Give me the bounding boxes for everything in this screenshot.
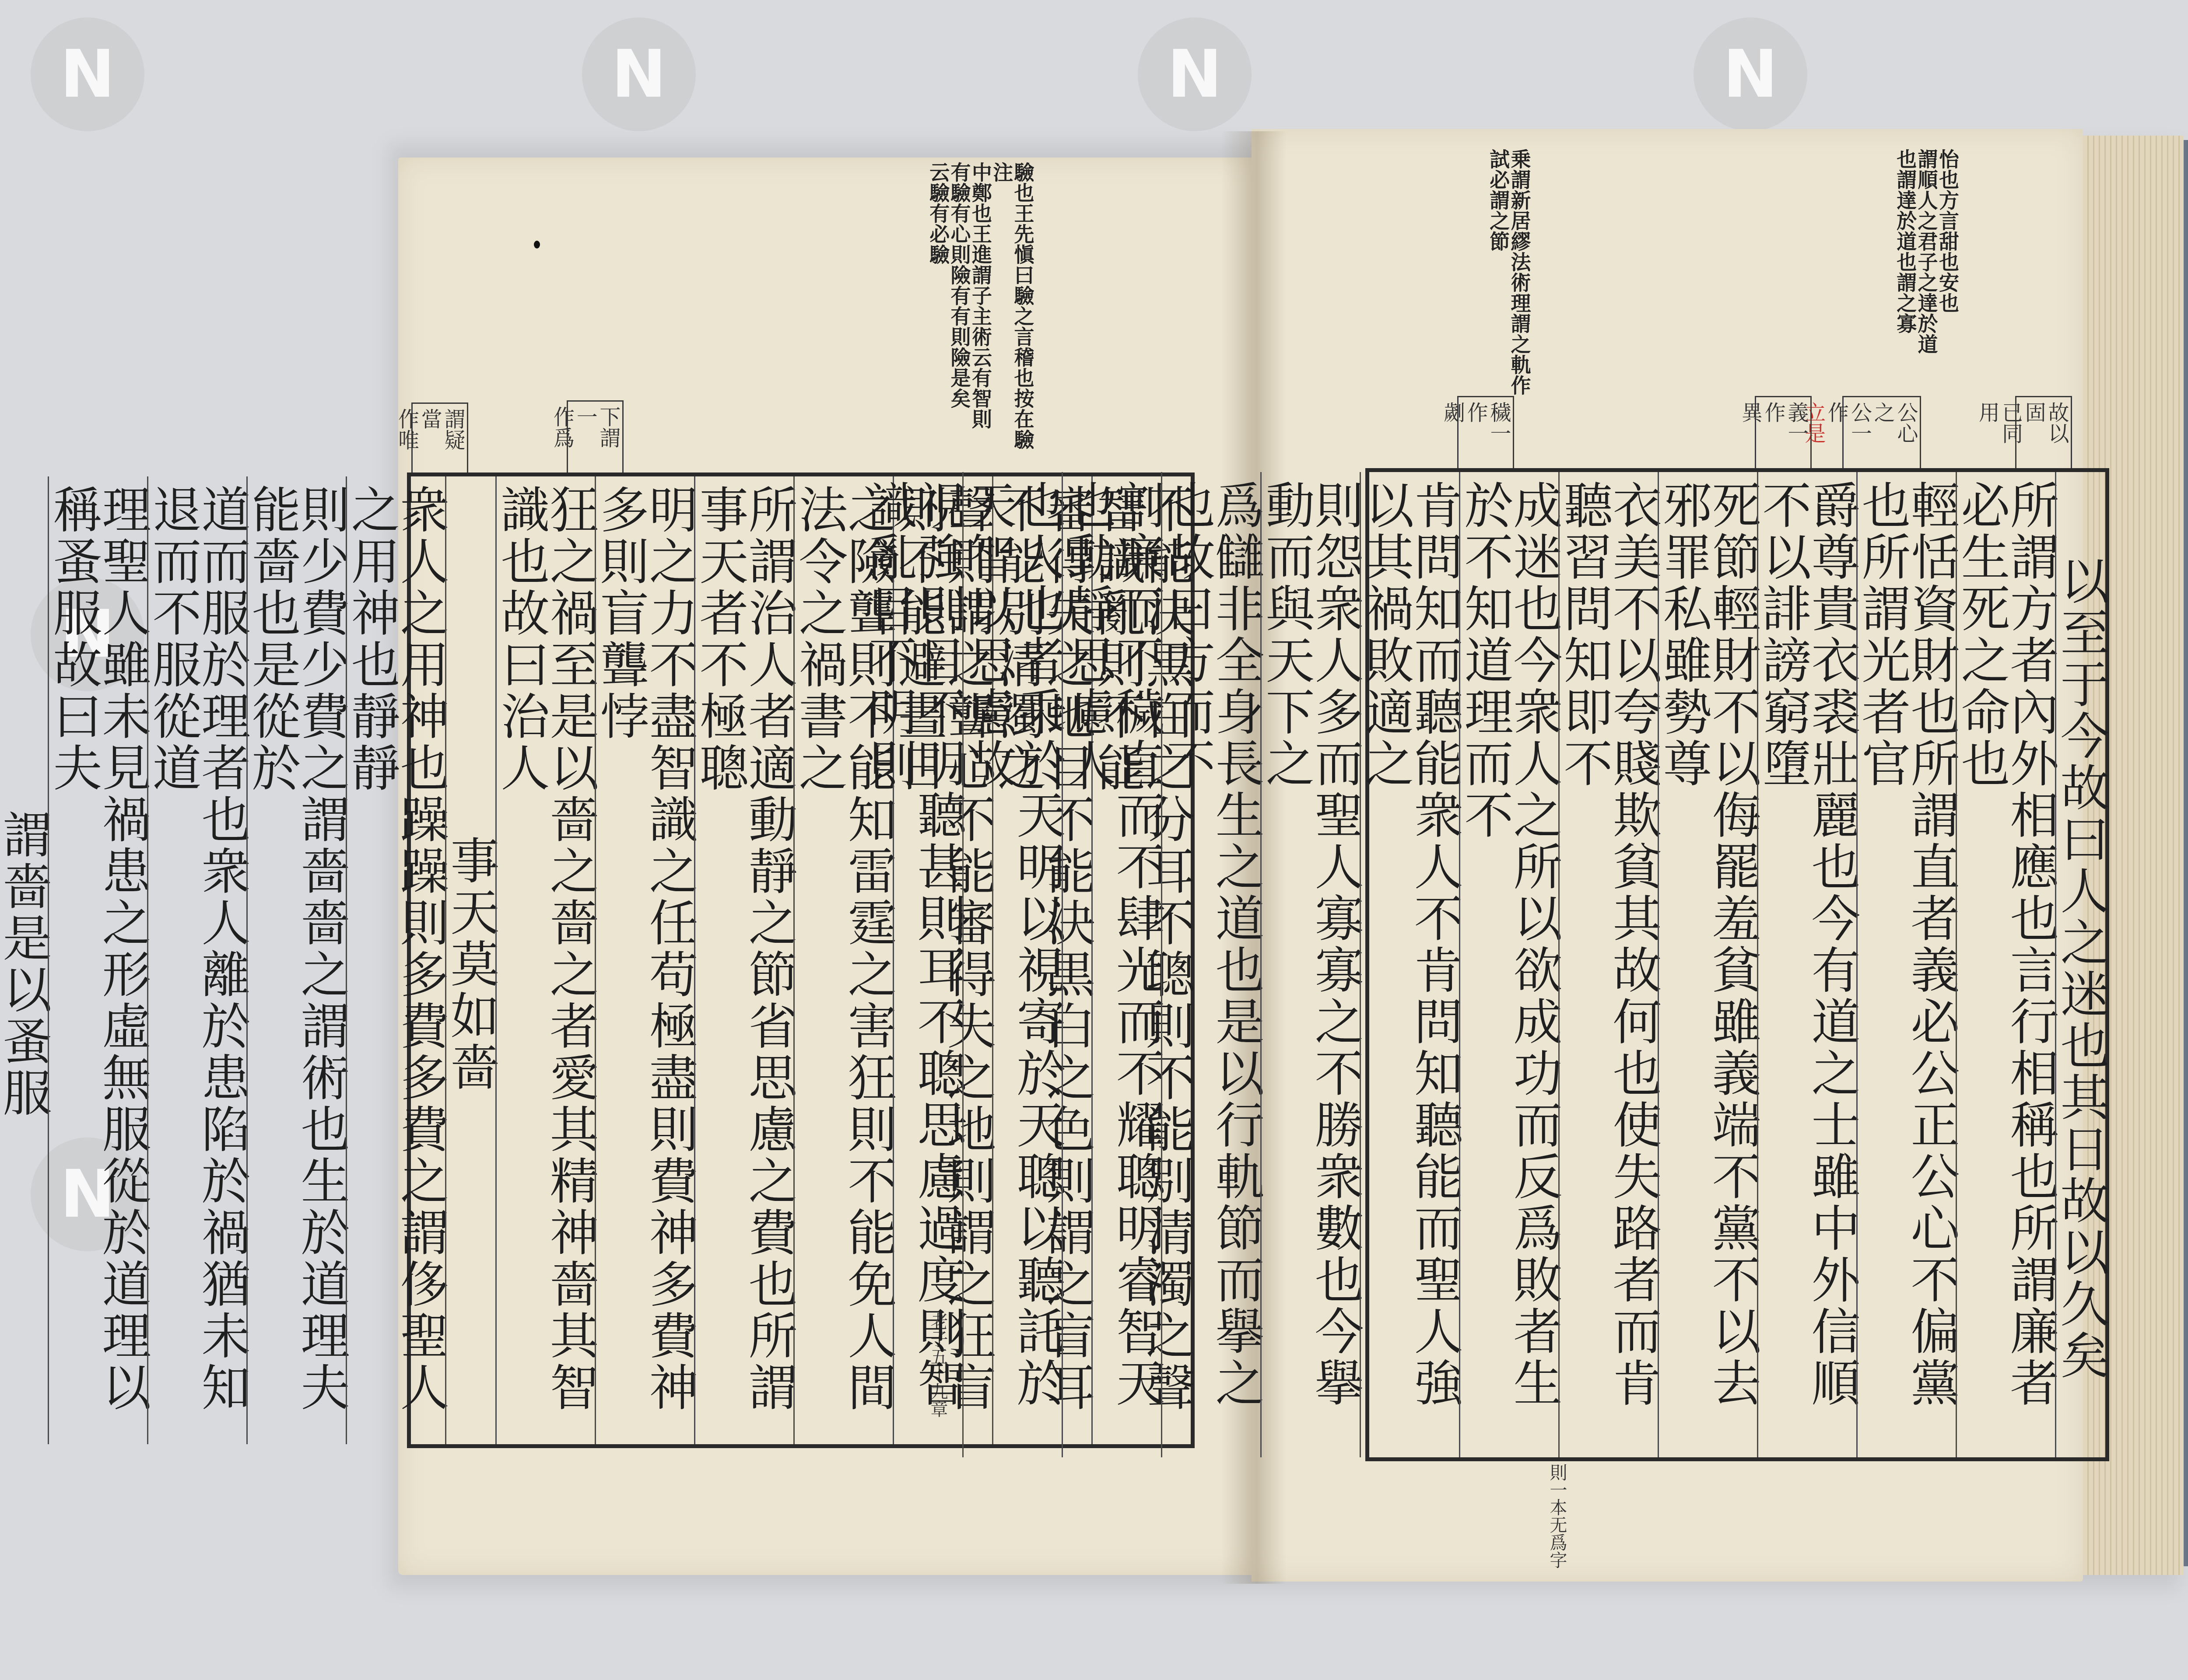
- watermark-logo: N: [582, 17, 696, 131]
- collation-note: 謂疑當 作唯: [411, 402, 468, 472]
- collation-line: 義一作: [1761, 402, 1808, 464]
- collation-line: 劌: [1441, 402, 1464, 464]
- text-column: 則少費少費之謂嗇嗇之謂術也生於道理夫能嗇也是從於: [246, 476, 346, 1444]
- collation-note: 故以固 已同用: [2015, 396, 2072, 468]
- left-top-notes: 驗也王先愼曰驗之言稽也按在驗注 中鄭也王進謂子主術云有智則 有驗有心則險有有則險…: [928, 162, 1033, 464]
- collation-line: 異: [1739, 402, 1762, 464]
- text-column: 視強則目不明聽甚則耳不聰思慮過度則智識亂目不明則: [864, 472, 962, 1457]
- collation-note: 穢一作 劌: [1457, 396, 1514, 468]
- right-columns: 以至于今故曰人之迷也其日故以久矣 所謂方者內外相應也言行相稱也所謂廉者必生死之命…: [1369, 472, 2105, 1457]
- collation-note: 公心之 公一作 立是: [1842, 396, 1921, 468]
- note-line: 驗也王先愼曰驗之言稽也按在驗注: [991, 162, 1034, 464]
- note-line: 云驗有必驗: [928, 162, 949, 464]
- collation-line: 穢一作: [1464, 402, 1510, 464]
- collation-line: 公心之: [1871, 402, 1917, 464]
- collation-line: 作爲: [551, 406, 574, 468]
- text-column: 所謂治人者適動靜之節省思慮之費也所謂事天者不極聰: [694, 476, 793, 1444]
- collation-line: 故以固: [2022, 402, 2068, 464]
- text-column: 道而服於理者也衆人離於患陷於禍猶未知退而不服從道: [147, 476, 246, 1444]
- collation-note: 義一作 異: [1755, 396, 1812, 468]
- text-column: 明之力不盡智識之任苟極盡則費神多費神多則盲聾悖: [595, 476, 694, 1444]
- note-line: 謂順人之君子之達於道: [1916, 149, 1937, 394]
- note-line: 怡也方言甜也安也: [1937, 149, 1958, 394]
- right-text-frame: 以至于今故曰人之迷也其日故以久矣 所謂方者內外相應也言行相稱也所謂廉者必生死之命…: [1365, 468, 2109, 1461]
- note-line: 也謂達於道也謂之寡: [1895, 149, 1916, 394]
- text-column: 衆人之用神也躁躁則多費多費之謂侈聖人之用神也靜靜: [346, 476, 445, 1444]
- text-column: 割廉而不穢直而不肆光而不耀聰明睿智天也動靜思慮人: [1062, 472, 1161, 1457]
- collation-line: 已同用: [1976, 402, 2022, 464]
- text-column: 事天莫如嗇: [445, 476, 495, 1444]
- collation-note: 下謂一 作爲: [567, 400, 624, 472]
- text-column: 也人也者乘於天明以視寄於天聰以聽託於天智以思慮故: [962, 472, 1062, 1457]
- bottom-note: 則一本无爲字: [1545, 1463, 1570, 1568]
- text-column: 以至于今故曰人之迷也其日故以久矣: [2055, 472, 2105, 1457]
- note-line: 有驗有心則險有有則險是矣: [949, 162, 970, 464]
- text-column: 狂之禍至是以嗇之嗇之者愛其精神嗇其智識也故曰治人: [495, 476, 595, 1444]
- text-column: 爵尊貴衣裘壯麗也今有道之士雖中外信順不以誹謗窮墮: [1757, 472, 1856, 1457]
- watermark-logo: N: [1694, 17, 1807, 131]
- text-column: 則怨衆人多而聖人寡寡之不勝衆數也今擧動而與天下之: [1260, 472, 1360, 1457]
- text-column: 所謂方者內外相應也言行相稱也所謂廉者必生死之命也: [1956, 472, 2055, 1457]
- text-column: 衣美不以夸賤欺貧其故何也使失路者而肯聽習問知即不: [1558, 472, 1658, 1457]
- collation-line: 公一作: [1825, 402, 1871, 464]
- ink-spot: [534, 241, 540, 248]
- text-column: 肯問知而聽能衆人不肯問知聽能而聖人強以其禍敗適之: [1360, 472, 1459, 1457]
- right-top-notes-a: 怡也方言甜也安也 謂順人之君子之達於道 也謂達於道也謂之寡: [1895, 149, 1958, 394]
- text-column: 輕恬資財也所謂直者義必公正公心不偏黨也所謂光者官: [1856, 472, 1956, 1457]
- text-column: 理聖人雖未見禍患之形虛無服從於道理以稱蚤服故曰夫: [48, 476, 147, 1444]
- text-column: 謂嗇是以蚤服: [0, 476, 48, 1444]
- text-column: 爲讎非全身長生之道也是以行軌節而擧之也故曰方而不: [1161, 472, 1260, 1457]
- watermark-logo: N: [1138, 17, 1252, 131]
- watermark-logo: N: [31, 17, 144, 131]
- text-column: 死節輕財不以侮罷羞貧雖義端不黨不以去邪罪私雖勢尊: [1658, 472, 1757, 1457]
- collation-line: 作唯: [395, 408, 418, 468]
- text-column: 成迷也今衆人之所以欲成功而反爲敗者生於不知道理而不: [1459, 472, 1558, 1457]
- collation-line: 謂疑當: [418, 408, 464, 468]
- note-line: 中鄭也王進謂子主術云有智則: [970, 162, 991, 464]
- collation-line: 下謂一: [573, 406, 620, 468]
